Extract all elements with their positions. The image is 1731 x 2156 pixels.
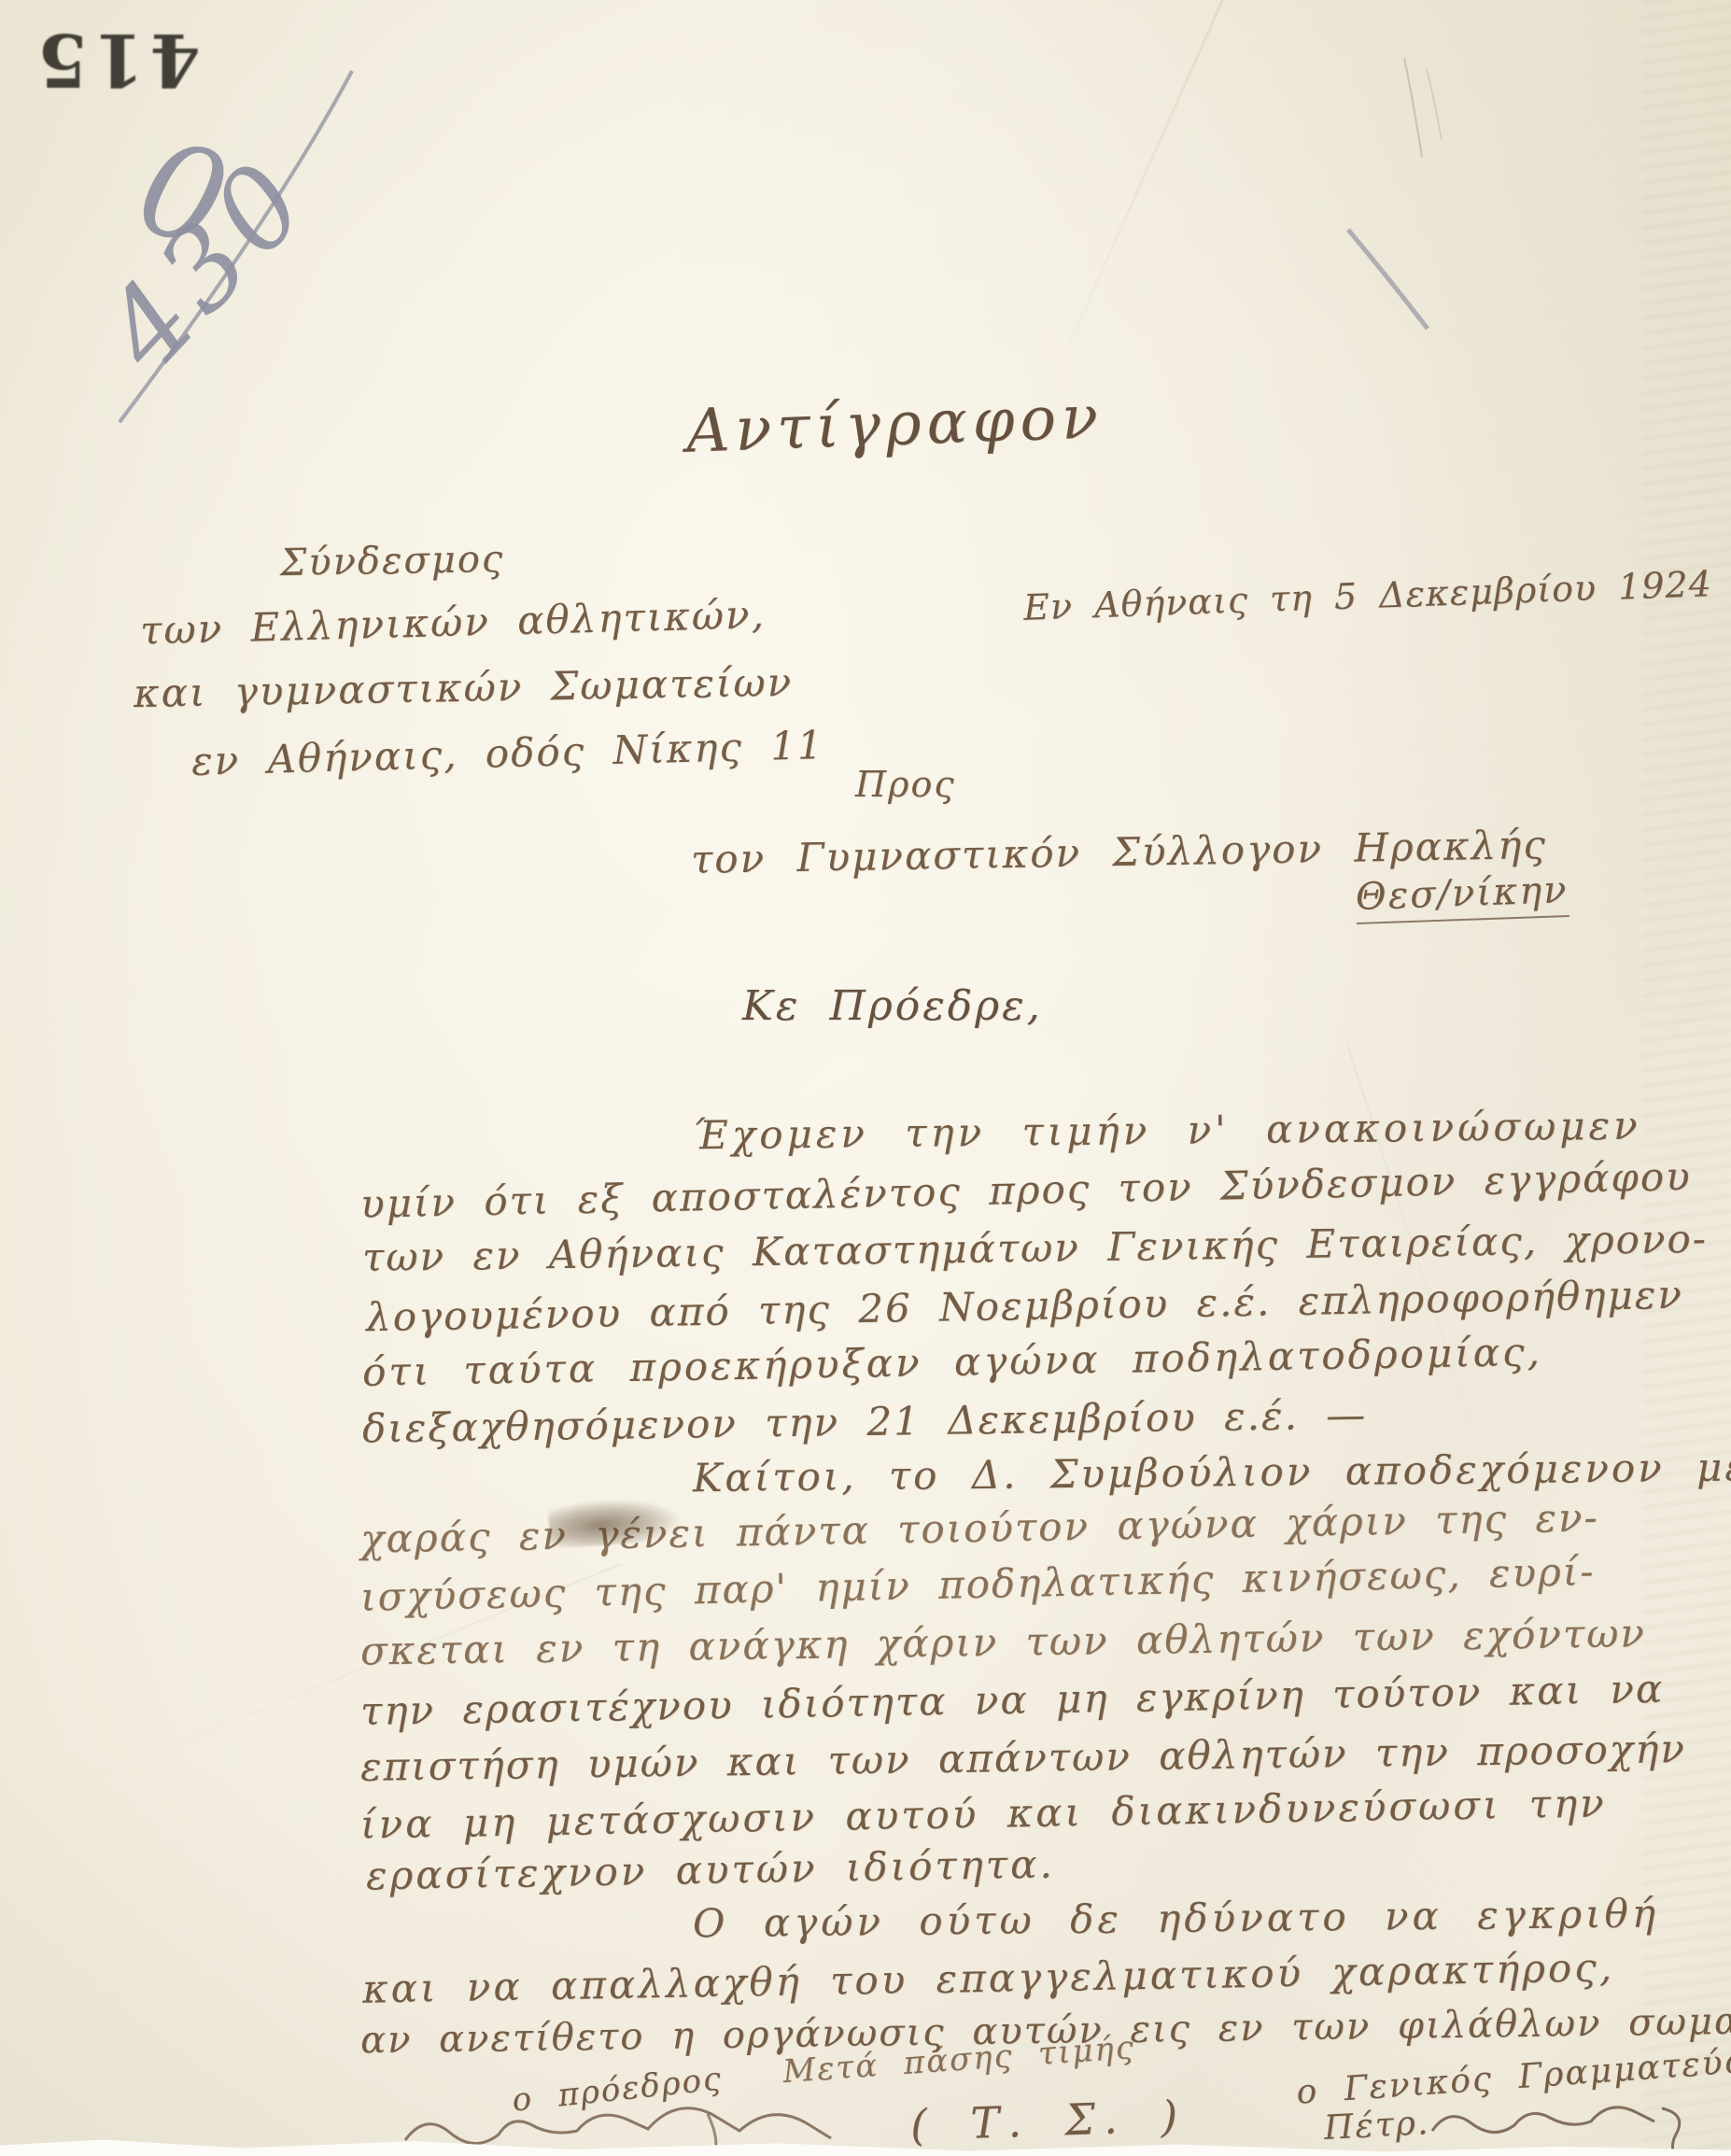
- pencil-notation-denominator: 430: [78, 133, 335, 395]
- body-line: διεξαχθησόμενον την 21 Δεκεμβρίου ε.έ. —: [362, 1391, 1368, 1451]
- body-line: Καίτοι, το Δ. Συμβούλιον αποδεχόμενον με…: [693, 1444, 1731, 1501]
- recipient-city: Θεσ/νίκην: [1355, 868, 1569, 924]
- body-line: υμίν ότι εξ αποσταλέντος προς τον Σύνδεσ…: [360, 1153, 1692, 1227]
- sender-line: των Ελληνικών αθλητικών,: [139, 591, 766, 654]
- body-line: ίνα μη μετάσχωσιν αυτού και διακινδυνεύσ…: [360, 1780, 1607, 1847]
- body-line: την ερασιτέχνου ιδιότητα να μη εγκρίνη τ…: [360, 1666, 1665, 1734]
- sender-line: και γυμναστικών Σωματείων: [134, 659, 794, 716]
- salutation: Κε Πρόεδρε,: [742, 982, 1043, 1030]
- pencil-scratch: [1404, 58, 1422, 157]
- ink-blot: [547, 1495, 681, 1549]
- body-line: ότι ταύτα προεκήρυξαν αγώνα ποδηλατοδρομ…: [362, 1329, 1543, 1395]
- body-line: Ο αγών ούτω δε ηδύνατο να εγκριθή: [693, 1891, 1659, 1947]
- date-line: Εν Αθήναις τη 5 Δεκεμβρίου 1924: [1022, 563, 1712, 628]
- secretary-signature-scrawl: [1427, 2099, 1697, 2155]
- paper-edge-texture: [1642, 0, 1731, 2156]
- bleed-through-page-number: 415: [32, 17, 201, 102]
- body-line: ερασίτεχνον αυτών ιδιότητα.: [366, 1841, 1056, 1899]
- body-line: σκεται εν τη ανάγκη χάριν των αθλητών τω…: [360, 1610, 1647, 1673]
- paper-crease: [1031, 0, 1231, 428]
- pencil-stroke: [1348, 230, 1428, 329]
- pencil-scratch: [1427, 69, 1442, 140]
- letter-title: Αντίγραφον: [685, 383, 1105, 467]
- scanned-letter-page: 415 0 430 Αντίγραφον Σύνδεσμος των Ελλην…: [0, 0, 1731, 2156]
- secretary-signature-prefix: Πέτρ.: [1323, 2104, 1430, 2148]
- seal-mark: ( Τ. Σ. ): [909, 2091, 1187, 2150]
- body-line: επιστήση υμών και των απάντων αθλητών τη…: [360, 1726, 1686, 1790]
- body-line: των εν Αθήναις Καταστημάτων Γενικής Εται…: [362, 1216, 1708, 1280]
- body-line: ισχύσεως της παρ' ημίν ποδηλατικής κινήσ…: [360, 1548, 1596, 1620]
- sender-line: Σύνδεσμος: [280, 538, 505, 585]
- recipient-line: Προς: [855, 764, 956, 805]
- body-line: και να απαλλαχθή του επαγγελματικού χαρα…: [362, 1944, 1615, 2011]
- sender-line: εν Αθήναις, οδός Νίκης 11: [190, 722, 824, 784]
- body-line: Έχομεν την τιμήν ν' ανακοινώσωμεν: [693, 1103, 1641, 1159]
